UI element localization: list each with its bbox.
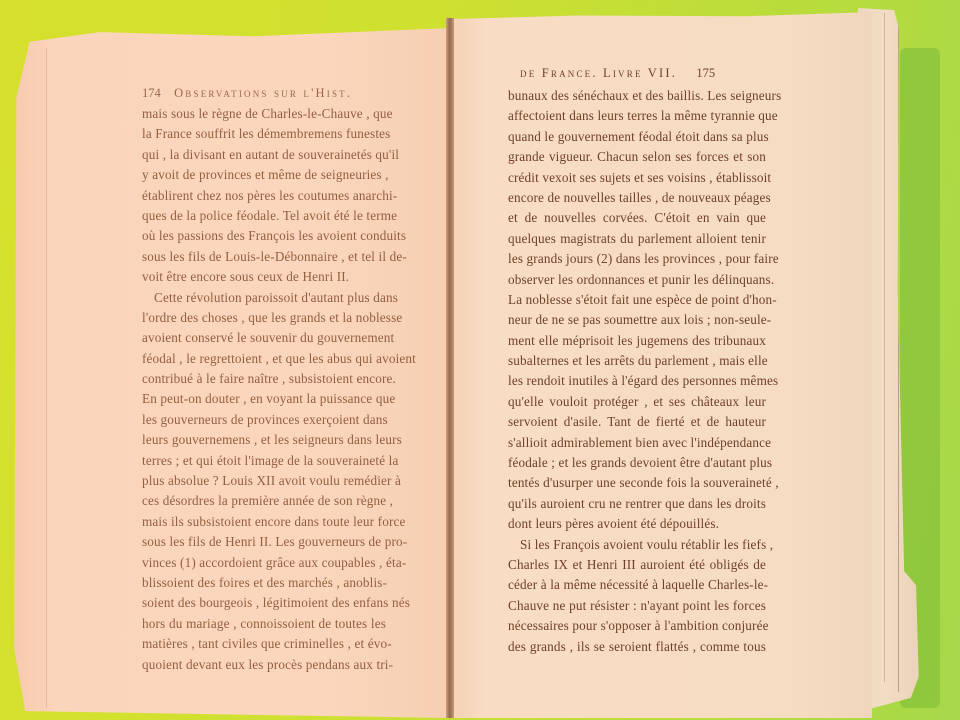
text-line: matières , tant civiles que criminelles … — [142, 634, 386, 654]
text-line: observer les ordonnances et punir les dé… — [508, 270, 766, 290]
text-line: féodal , le regrettoient , et que les ab… — [142, 349, 386, 369]
text-line: quelques magistrats du parlement alloien… — [508, 229, 766, 249]
text-line: établirent chez nos pères les coutumes a… — [142, 186, 386, 206]
text-line: subalternes et les arrêts du parlement ,… — [508, 351, 766, 371]
right-page-number: 175 — [696, 66, 715, 80]
text-line: sous les fils de Henri II. Les gouverneu… — [142, 532, 386, 552]
text-line: leurs gouvernemens , et les seigneurs da… — [142, 430, 386, 450]
text-line: qu'ils auroient cru ne rentrer que dans … — [508, 494, 766, 514]
left-running-head: 174 Observations sur l'Hist. — [142, 86, 352, 101]
text-line: avoient conservé le souvenir du gouverne… — [142, 328, 386, 348]
text-line: voit être encore sous ceux de Henri II. — [142, 267, 386, 287]
text-line: et de nouvelles corvées. C'étoit en vain… — [508, 208, 766, 228]
text-line: ques de la police féodale. Tel avoit été… — [142, 206, 386, 226]
left-page-number: 174 — [142, 86, 161, 100]
text-line: Si les François avoient voulu rétablir l… — [508, 535, 766, 555]
right-running-title: de France. Livre VII. — [520, 66, 677, 80]
text-line: des grands , ils se seroient flattés , c… — [508, 637, 766, 657]
right-running-head: de France. Livre VII. 175 — [520, 66, 715, 81]
text-line: blissoient des foires et des marchés , a… — [142, 573, 386, 593]
text-line: La noblesse s'étoit fait une espèce de p… — [508, 290, 766, 310]
text-line: les gouverneurs de provinces exerçoient … — [142, 410, 386, 430]
text-line: nécessaires pour s'opposer à l'ambition … — [508, 616, 766, 636]
text-line: terres ; et qui étoit l'image de la souv… — [142, 451, 386, 471]
book-gutter — [446, 18, 454, 718]
text-line: soient des bourgeois , légitimoient des … — [142, 593, 386, 613]
text-line: y avoit de provinces et même de seigneur… — [142, 165, 386, 185]
text-line: affectoient dans leurs terres la même ty… — [508, 106, 766, 126]
text-line: dont leurs pères avoient été dépouillés. — [508, 514, 766, 534]
text-line: Cette révolution paroissoit d'autant plu… — [142, 288, 386, 308]
text-line: mais sous le règne de Charles-le-Chauve … — [142, 104, 386, 124]
text-line: où les passions des François les avoient… — [142, 226, 386, 246]
text-line: quand le gouvernement féodal étoit dans … — [508, 127, 766, 147]
text-line: Charles IX et Henri III auroient été obl… — [508, 555, 766, 575]
text-line: grande vigueur. Chacun selon ses forces … — [508, 147, 766, 167]
text-line: sous les fils de Louis-le-Débonnaire , e… — [142, 247, 386, 267]
text-line: les rendoit inutiles à l'égard des perso… — [508, 371, 766, 391]
text-line: Chauve ne put résister : n'ayant point l… — [508, 596, 766, 616]
text-line: plus absolue ? Louis XII avoit voulu rem… — [142, 471, 386, 491]
left-page-body: mais sous le règne de Charles-le-Chauve … — [142, 104, 386, 675]
text-line: quoient devant eux les procès pendans au… — [142, 655, 386, 675]
text-line: crédit vexoit ses sujets et ses voisins … — [508, 168, 766, 188]
text-line: s'allioit admirablement bien avec l'indé… — [508, 433, 766, 453]
page-edge-line — [884, 13, 885, 682]
text-line: bunaux des sénéchaux et des baillis. Les… — [508, 86, 766, 106]
text-line: servoient d'asile. Tant de fierté et de … — [508, 412, 766, 432]
text-line: céder à la même nécessité à laquelle Cha… — [508, 575, 766, 595]
text-line: hors du mariage , connoissoient de toute… — [142, 614, 386, 634]
text-line: vinces (1) accordoient grâce aux coupabl… — [142, 553, 386, 573]
photo-stage: 174 Observations sur l'Hist. mais sous l… — [0, 0, 960, 720]
text-line: féodale ; et les grands devoient être d'… — [508, 453, 766, 473]
text-line: ces désordres la première année de son r… — [142, 491, 386, 511]
text-line: les grands jours (2) dans les provinces … — [508, 249, 766, 269]
page-edge-line — [898, 8, 899, 692]
text-line: qui , la divisant en autant de souverain… — [142, 145, 386, 165]
text-line: la France souffrit les démembremens fune… — [142, 124, 386, 144]
text-line: contribué à le faire naître , subsistoie… — [142, 369, 386, 389]
text-line: neur de ne se pas soumettre aux lois ; n… — [508, 310, 766, 330]
text-line: l'ordre des choses , que les grands et l… — [142, 308, 386, 328]
text-line: tentés d'usurper une seconde fois la sou… — [508, 473, 766, 493]
text-line: qu'elle vouloit protéger , et ses châtea… — [508, 392, 766, 412]
text-line: ment elle méprisoit les jugemens des tri… — [508, 331, 766, 351]
left-running-title: Observations sur l'Hist. — [174, 86, 352, 100]
text-line: encore de nouvelles tailles , de nouveau… — [508, 188, 766, 208]
text-line: mais ils subsistoient encore dans toute … — [142, 512, 386, 532]
text-line: En peut-on douter , en voyant la puissan… — [142, 389, 386, 409]
right-page-body: bunaux des sénéchaux et des baillis. Les… — [508, 86, 766, 657]
page-fold — [24, 48, 47, 708]
